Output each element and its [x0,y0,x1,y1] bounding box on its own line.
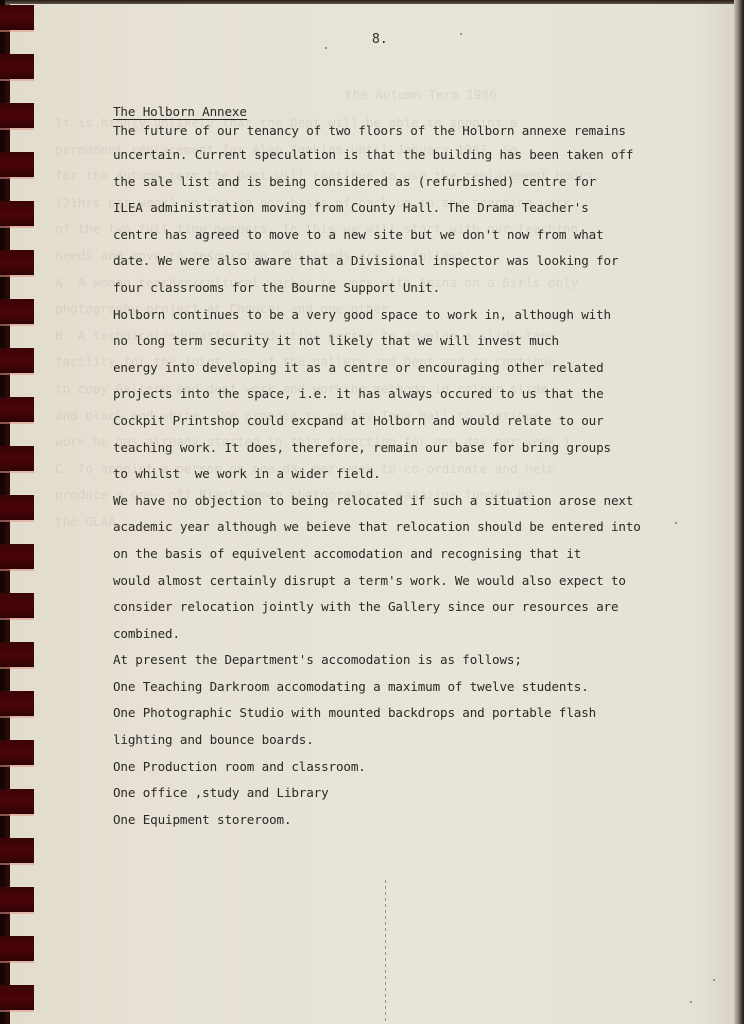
text-line: energy into developing it as a centre or… [113,355,673,382]
binding-tab [0,152,34,177]
binding-tab [0,299,34,324]
text-line: consider relocation jointly with the Gal… [113,594,673,621]
text-line: projects into the space, i.e. it has alw… [113,381,673,408]
text-line: Holborn continues to be a very good spac… [113,302,673,329]
section-body: The Holborn Annexe The future of our ten… [113,104,673,833]
text-line: The future of our tenancy of two floors … [113,120,673,142]
text-line: academic year although we beieve that re… [113,514,673,541]
binding-tab [0,544,34,569]
paper-speck [675,522,677,524]
text-line: no long term security it not likely that… [113,328,673,355]
scanned-document: the Autumn Term 1986It is highly unlikel… [0,0,744,1024]
binding-tab [0,54,34,79]
text-line: Cockpit Printshop could excpand at Holbo… [113,408,673,435]
binding-tab [0,348,34,373]
binding-tab [0,103,34,128]
text-line: the sale list and is being considered as… [113,169,673,196]
comb-binding [0,0,40,1024]
binding-tab [0,5,34,30]
text-line: combined. [113,621,673,648]
binding-tab [0,936,34,961]
section-heading: The Holborn Annexe [113,105,247,120]
text-line: uncertain. Current speculation is that t… [113,142,673,169]
text-line: One Photographic Studio with mounted bac… [113,700,673,727]
binding-tab [0,887,34,912]
page-number: 8. [372,32,388,47]
text-line: four classrooms for the Bourne Support U… [113,275,673,302]
paper-speck [325,47,327,49]
text-line: to whilst we work in a wider field. [113,461,673,488]
binding-tab [0,201,34,226]
paper-speck [460,33,462,35]
binding-tab [0,446,34,471]
text-line: One Production room and classroom. [113,754,673,781]
text-line: One Teaching Darkroom accomodating a max… [113,674,673,701]
binding-tab [0,789,34,814]
binding-tab [0,691,34,716]
binding-tab [0,397,34,422]
binding-tab [0,495,34,520]
binding-tab [0,985,34,1010]
text-line: on the basis of equivelent accomodation … [113,541,673,568]
page-right-edge [734,0,744,1024]
fold-crease [385,880,386,1024]
text-line: teaching work. It does, therefore, remai… [113,435,673,462]
text-line: would almost certainly disrupt a term's … [113,568,673,595]
text-line: date. We were also aware that a Division… [113,248,673,275]
text-line: One office ,study and Library [113,780,673,807]
text-line: lighting and bounce boards. [113,727,673,754]
text-line: centre has agreed to move to a new site … [113,222,673,249]
text-line: One Equipment storeroom. [113,807,673,834]
binding-tab [0,593,34,618]
paper-speck [690,1001,692,1003]
paragraph-lines: The future of our tenancy of two floors … [113,120,673,833]
text-line: We have no objection to being relocated … [113,488,673,515]
text-line: ILEA administration moving from County H… [113,195,673,222]
text-line: At present the Department's accomodation… [113,647,673,674]
binding-tab [0,838,34,863]
binding-tab [0,740,34,765]
binding-tab [0,250,34,275]
binding-tab [0,642,34,667]
paper-speck [713,979,715,981]
